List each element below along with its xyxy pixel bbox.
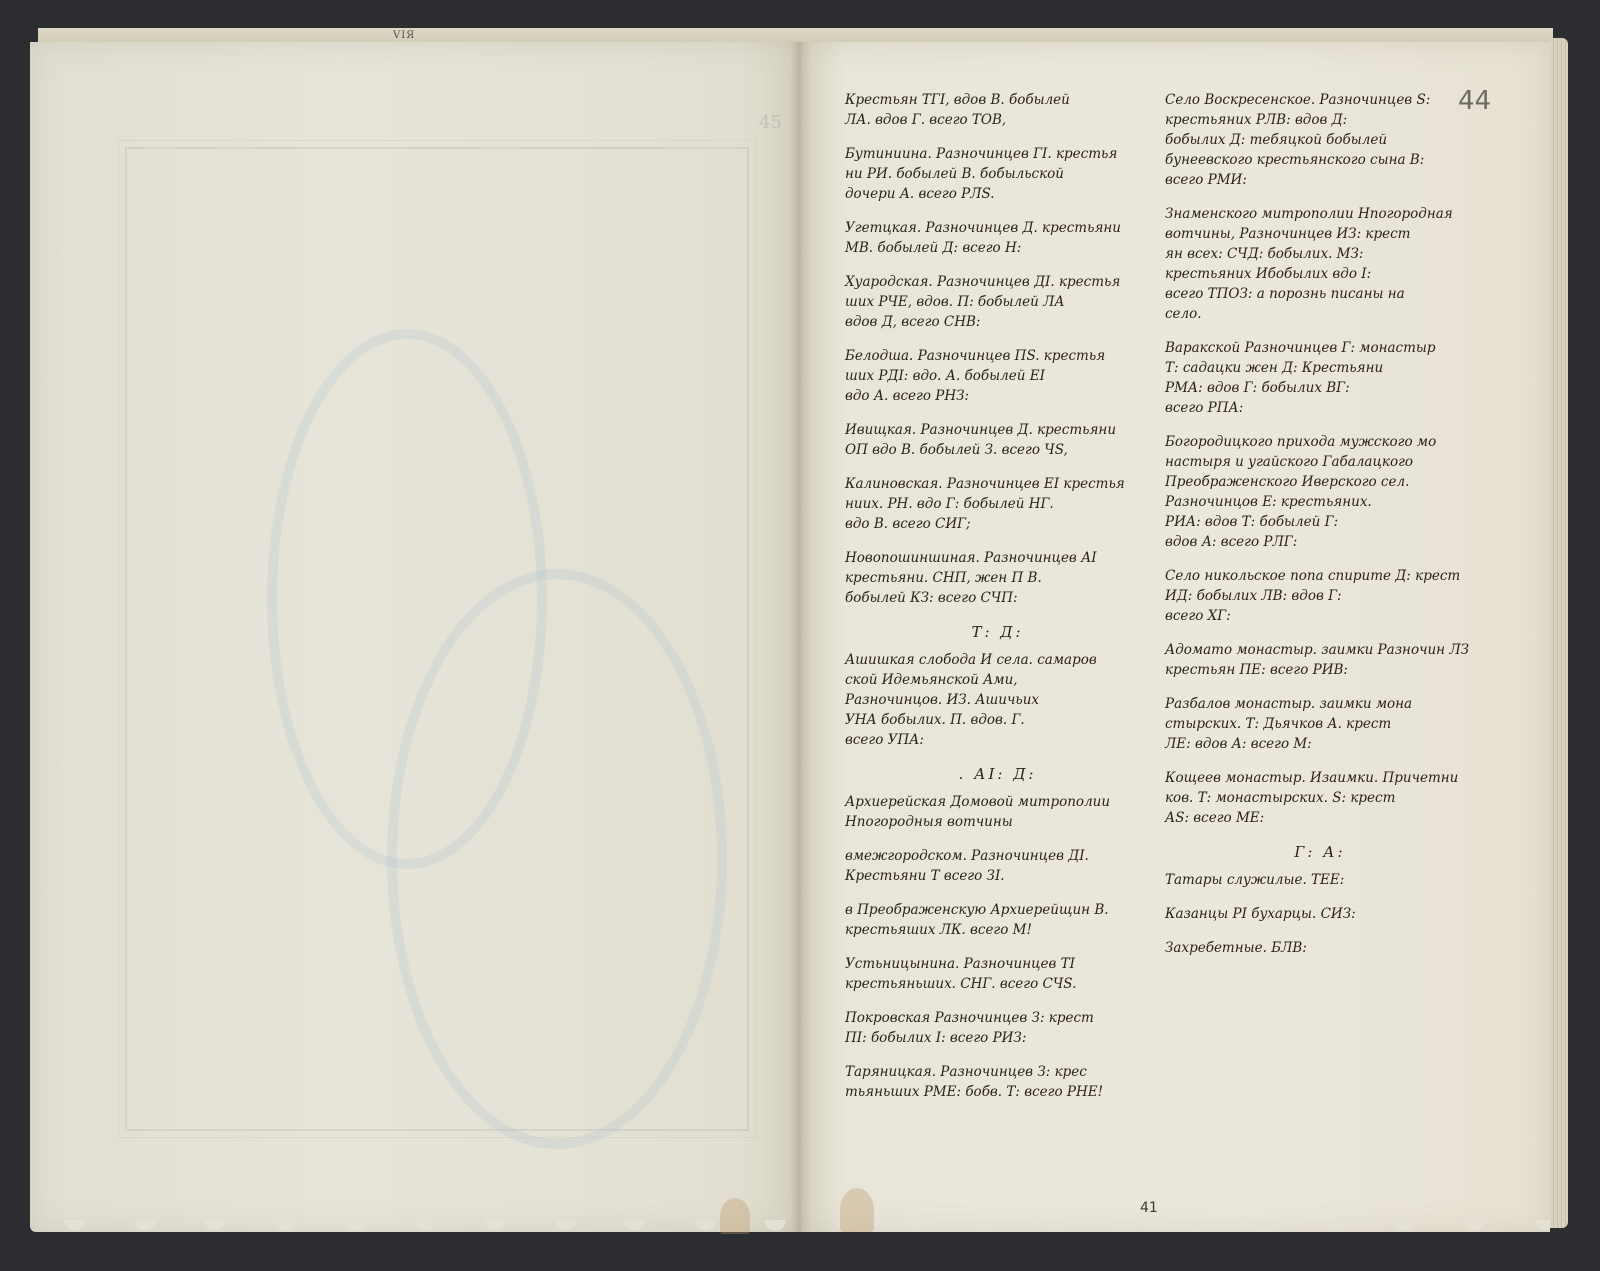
entry-line: ОП вдо В. бобылей З. всего ЧS, (845, 440, 1150, 460)
entry-line: ниих. РН. вдо Г: бобылей НГ. (845, 494, 1150, 514)
entry-line: Знаменского митрополии Нпогородная (1165, 204, 1475, 224)
bottom-pencil-number: 41 (1140, 1200, 1158, 1216)
entry-line: ИД: бобылих ЛВ: вдов Г: (1165, 586, 1475, 606)
entry-line: село. (1165, 304, 1475, 324)
entry-line: Калиновская. Разночинцев ЕІ крестья (845, 474, 1150, 494)
census-entry: Ивищкая. Разночинцев Д. крестьяниОП вдо … (845, 420, 1150, 460)
water-stain (720, 1198, 750, 1234)
entry-line: ни РИ. бобылей В. бобыльской (845, 164, 1150, 184)
page-edges (1550, 38, 1568, 1228)
entry-line: РМА: вдов Г: бобылих ВГ: (1165, 378, 1475, 398)
entry-line: ших РДІ: вдо. А. бобылей ЕІ (845, 366, 1150, 386)
entry-line: Белодша. Разночинцев ПS. крестья (845, 346, 1150, 366)
left-page: 45 (30, 42, 800, 1232)
entry-line: бобылих Д: тебяцкой бобылей (1165, 130, 1475, 150)
entry-line: бобылей КЗ: всего СЧП: (845, 588, 1150, 608)
entry-line: крестьяших ЛК. всего М! (845, 920, 1150, 940)
section-mark: Т: Д: (845, 622, 1150, 642)
census-entry: Бутиниина. Разночинцев ГІ. крестьяни РИ.… (845, 144, 1150, 204)
entry-line: Казанцы РІ бухарцы. СИЗ: (1165, 904, 1475, 924)
census-entry: Хуародская. Разночинцев ДІ. крестьяших Р… (845, 272, 1150, 332)
census-entry: Разбалов монастыр. заимки монастырских. … (1165, 694, 1475, 754)
entry-line: тьяньших РМЕ: бобв. Т: всего РНЕ! (845, 1082, 1150, 1102)
entry-line: РИА: вдов Т: бобылей Г: (1165, 512, 1475, 532)
census-entry: Крестьян ТГІ, вдов В. бобылейЛА. вдов Г.… (845, 90, 1150, 130)
entry-line: ков. Т: монастырских. S: крест (1165, 788, 1475, 808)
section-mark: Г: А: (1165, 842, 1475, 862)
entry-line: Захребетные. БЛВ: (1165, 938, 1475, 958)
entry-line: вдо В. всего СИГ; (845, 514, 1150, 534)
census-entry: в Преображенскую Архиерейщин В.крестьяши… (845, 900, 1150, 940)
stack-label: VIЯ (393, 30, 415, 41)
ghost-folio-number: 45 (759, 112, 782, 133)
census-entry: Знаменского митрополии Нпогороднаявотчин… (1165, 204, 1475, 324)
census-entry: Ашишкая слобода И села. самаровской Идем… (845, 650, 1150, 750)
map-bleed-through (125, 147, 749, 1131)
census-entry: Новопошиншиная. Разночинцев АІкрестьяни.… (845, 548, 1150, 608)
entry-line: Крестьян ТГІ, вдов В. бобылей (845, 90, 1150, 110)
entry-line: всего РМИ: (1165, 170, 1475, 190)
entry-line: Село Воскресенское. Разночинцев S: (1165, 90, 1475, 110)
entry-line: вдов А: всего РЛГ: (1165, 532, 1475, 552)
entry-line: Т: садацки жен Д: Крестьяни (1165, 358, 1475, 378)
census-entry: Угетцкая. Разночинцев Д. крестьяниМВ. бо… (845, 218, 1150, 258)
entry-line: Адомато монастыр. заимки Разночин ЛЗ (1165, 640, 1475, 660)
census-entry: Богородицкого прихода мужского монастыря… (1165, 432, 1475, 552)
entry-line: Кощеев монастыр. Изаимки. Причетни (1165, 768, 1475, 788)
entry-line: крестьяни. СНП, жен П В. (845, 568, 1150, 588)
entry-line: АS: всего МЕ: (1165, 808, 1475, 828)
entry-line: Крестьяни Т всего ЗІ. (845, 866, 1150, 886)
entry-line: всего ТПОЗ: а порознь писаны на (1165, 284, 1475, 304)
entry-line: крестьян ПЕ: всего РИВ: (1165, 660, 1475, 680)
census-entry: Казанцы РІ бухарцы. СИЗ: (1165, 904, 1475, 924)
section-mark: . АІ: Д: (845, 764, 1150, 784)
map-river-ghost (387, 569, 727, 1149)
entry-line: Преображенского Иверского сел. (1165, 472, 1475, 492)
book-gutter (790, 42, 812, 1232)
manuscript-column-1: Крестьян ТГІ, вдов В. бобылейЛА. вдов Г.… (845, 90, 1150, 1116)
entry-line: Угетцкая. Разночинцев Д. крестьяни (845, 218, 1150, 238)
census-entry: Варакской Разночинцев Г: монастырТ: сада… (1165, 338, 1475, 418)
entry-line: всего РПА: (1165, 398, 1475, 418)
entry-line: ПІ: бобылих І: всего РИЗ: (845, 1028, 1150, 1048)
census-entry: Покровская Разночинцев З: крестПІ: бобыл… (845, 1008, 1150, 1048)
entry-line: Устьницынина. Разночинцев ТІ (845, 954, 1150, 974)
entry-line: Варакской Разночинцев Г: монастыр (1165, 338, 1475, 358)
census-entry: Калиновская. Разночинцев ЕІ крестьяниих.… (845, 474, 1150, 534)
entry-line: УНА бобылих. П. вдов. Г. (845, 710, 1150, 730)
entry-line: крестьяних РЛВ: вдов Д: (1165, 110, 1475, 130)
census-entry: Белодша. Разночинцев ПS. крестьяших РДІ:… (845, 346, 1150, 406)
census-entry: Захребетные. БЛВ: (1165, 938, 1475, 958)
entry-line: всего ХГ: (1165, 606, 1475, 626)
manuscript-column-2: Село Воскресенское. Разночинцев S:кресть… (1165, 90, 1475, 972)
census-entry: Кощеев монастыр. Изаимки. Причетников. Т… (1165, 768, 1475, 828)
entry-line: ЛА. вдов Г. всего ТОВ, (845, 110, 1150, 130)
water-stain (840, 1188, 874, 1232)
entry-line: Архиерейская Домовой митрополии (845, 792, 1150, 812)
entry-line: Богородицкого прихода мужского мо (1165, 432, 1475, 452)
entry-line: ян всех: СЧД: бобылих. МЗ: (1165, 244, 1475, 264)
census-entry: Село Воскресенское. Разночинцев S:кресть… (1165, 90, 1475, 190)
census-entry: вмежгородском. Разночинцев ДІ.Крестьяни … (845, 846, 1150, 886)
entry-line: в Преображенскую Архиерейщин В. (845, 900, 1150, 920)
entry-line: Разночинцов. ИЗ. Ашичьих (845, 690, 1150, 710)
entry-line: Ивищкая. Разночинцев Д. крестьяни (845, 420, 1150, 440)
entry-line: всего УПА: (845, 730, 1150, 750)
entry-line: Нпогородныя вотчины (845, 812, 1150, 832)
entry-line: Хуародская. Разночинцев ДІ. крестья (845, 272, 1150, 292)
entry-line: ЛЕ: вдов А: всего М: (1165, 734, 1475, 754)
census-entry: Село никольское попа спирите Д: крестИД:… (1165, 566, 1475, 626)
entry-line: Татары служилые. ТЕЕ: (1165, 870, 1475, 890)
entry-line: Бутиниина. Разночинцев ГІ. крестья (845, 144, 1150, 164)
page-bottom-edge (40, 1220, 1550, 1234)
entry-line: вдов Д, всего СНВ: (845, 312, 1150, 332)
entry-line: бунеевского крестьянского сына В: (1165, 150, 1475, 170)
entry-line: Новопошиншиная. Разночинцев АІ (845, 548, 1150, 568)
entry-line: дочери А. всего РЛS. (845, 184, 1150, 204)
census-entry: Таряницкая. Разночинцев З: крестьяньших … (845, 1062, 1150, 1102)
entry-line: вотчины, Разночинцев ИЗ: крест (1165, 224, 1475, 244)
entry-line: Разбалов монастыр. заимки мона (1165, 694, 1475, 714)
entry-line: крестьяньших. СНГ. всего СЧS. (845, 974, 1150, 994)
census-entry: Татары служилые. ТЕЕ: (1165, 870, 1475, 890)
entry-line: крестьяних Ибобылих вдо І: (1165, 264, 1475, 284)
entry-line: Покровская Разночинцев З: крест (845, 1008, 1150, 1028)
entry-line: вмежгородском. Разночинцев ДІ. (845, 846, 1150, 866)
census-entry: Устьницынина. Разночинцев ТІкрестьяньших… (845, 954, 1150, 994)
entry-line: ших РЧЕ, вдов. П: бобылей ЛА (845, 292, 1150, 312)
entry-line: Разночинцов Е: крестьяних. (1165, 492, 1475, 512)
entry-line: Село никольское попа спирите Д: крест (1165, 566, 1475, 586)
entry-line: МВ. бобылей Д: всего Н: (845, 238, 1150, 258)
entry-line: настыря и угайского Габалацкого (1165, 452, 1475, 472)
entry-line: Таряницкая. Разночинцев З: крес (845, 1062, 1150, 1082)
entry-line: ской Идемьянской Ами, (845, 670, 1150, 690)
entry-line: стырских. Т: Дьячков А. крест (1165, 714, 1475, 734)
entry-line: Ашишкая слобода И села. самаров (845, 650, 1150, 670)
census-entry: Адомато монастыр. заимки Разночин ЛЗкрес… (1165, 640, 1475, 680)
census-entry: Архиерейская Домовой митрополииНпогородн… (845, 792, 1150, 832)
entry-line: вдо А. всего РНЗ: (845, 386, 1150, 406)
